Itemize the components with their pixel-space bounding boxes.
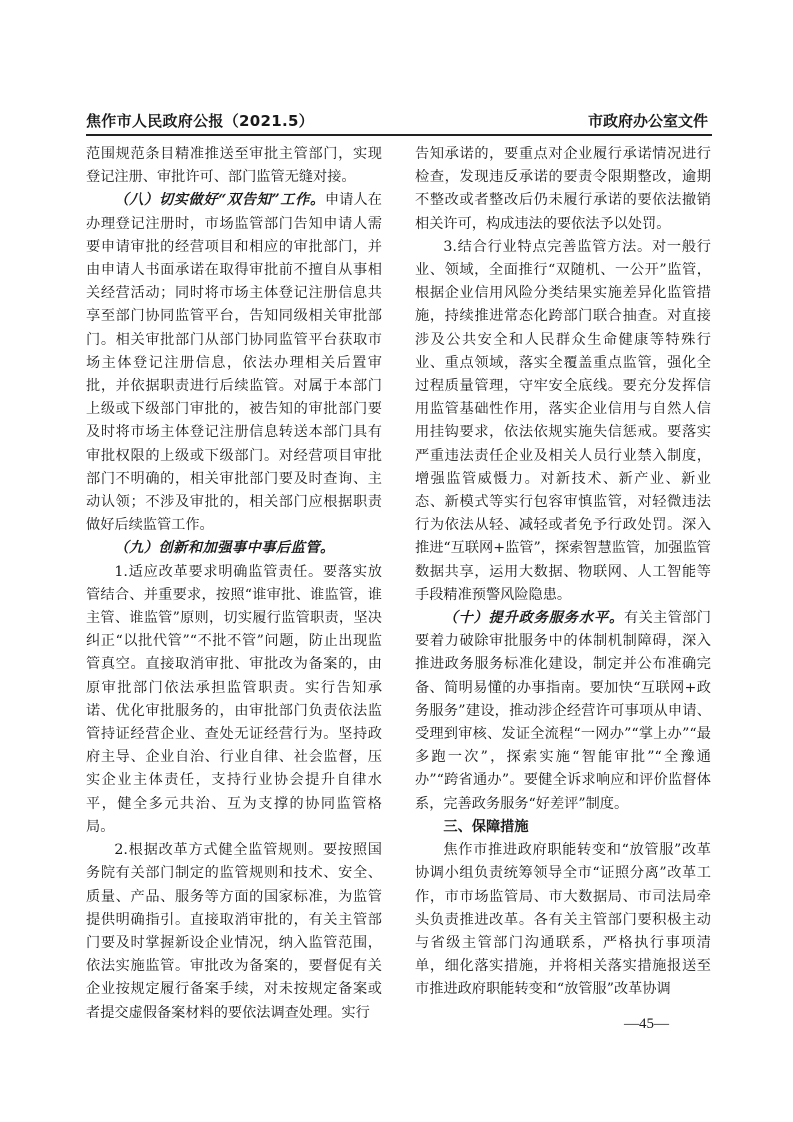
right-column: 告知承诺的，要重点对企业履行承诺情况进行检查，发现违反承诺的要责令限期整改，逾期…	[415, 143, 711, 1002]
subsection-heading: （九）创新和加强事中事后监管。	[86, 537, 382, 560]
header-rule	[86, 134, 712, 136]
running-header: 焦作市人民政府公报（2021.5） 市政府办公室文件	[86, 110, 708, 132]
paragraph: 告知承诺的，要重点对企业履行承诺情况进行检查，发现违反承诺的要责令限期整改，逾期…	[415, 143, 711, 236]
paragraph: 焦作市推进政府职能转变和“放管服”改革协调小组负责统筹领导全市“证照分离”改革工…	[415, 839, 711, 1001]
paragraph: 1.适应改革要求明确监管责任。要落实放管结合、并重要求，按照“谁审批、谁监管，谁…	[86, 561, 382, 839]
paragraph-body: 有关主管部门要着力破除审批服务中的体制机制障碍，深入推进政务服务标准化建设，制定…	[415, 610, 711, 812]
publication-title: 焦作市人民政府公报（2021.5）	[86, 110, 314, 131]
section-heading-text: 三、保障措施	[443, 819, 528, 835]
subsection-heading: （十）提升政务服务水平。	[443, 610, 624, 626]
subsection-heading-text: （九）创新和加强事中事后监管。	[114, 540, 334, 556]
left-column: 范围规范条目精准推送至审批主管部门，实现登记注册、审批许可、部门监管无缝对接。 …	[86, 143, 382, 1025]
section-title: 市政府办公室文件	[588, 110, 708, 131]
paragraph: （十）提升政务服务水平。有关主管部门要着力破除审批服务中的体制机制障碍，深入推进…	[415, 607, 711, 816]
section-heading: 三、保障措施	[415, 816, 711, 839]
paragraph-body: 申请人在办理登记注册时，市场监管部门告知申请人需要申请审批的经营项目和相应的审批…	[86, 192, 382, 533]
subsection-heading: （八）切实做好“双告知”工作。	[114, 192, 324, 208]
paragraph: 范围规范条目精准推送至审批主管部门，实现登记注册、审批许可、部门监管无缝对接。	[86, 143, 382, 189]
paragraph: （八）切实做好“双告知”工作。申请人在办理登记注册时，市场监管部门告知申请人需要…	[86, 189, 382, 537]
page-number: —45—	[624, 1016, 669, 1033]
paragraph: 2.根据改革方式健全监管规则。要按照国务院有关部门制定的监管规则和技术、安全、质…	[86, 839, 382, 1025]
paragraph: 3.结合行业特点完善监管方法。对一般行业、领域，全面推行“双随机、一公开”监管，…	[415, 236, 711, 607]
